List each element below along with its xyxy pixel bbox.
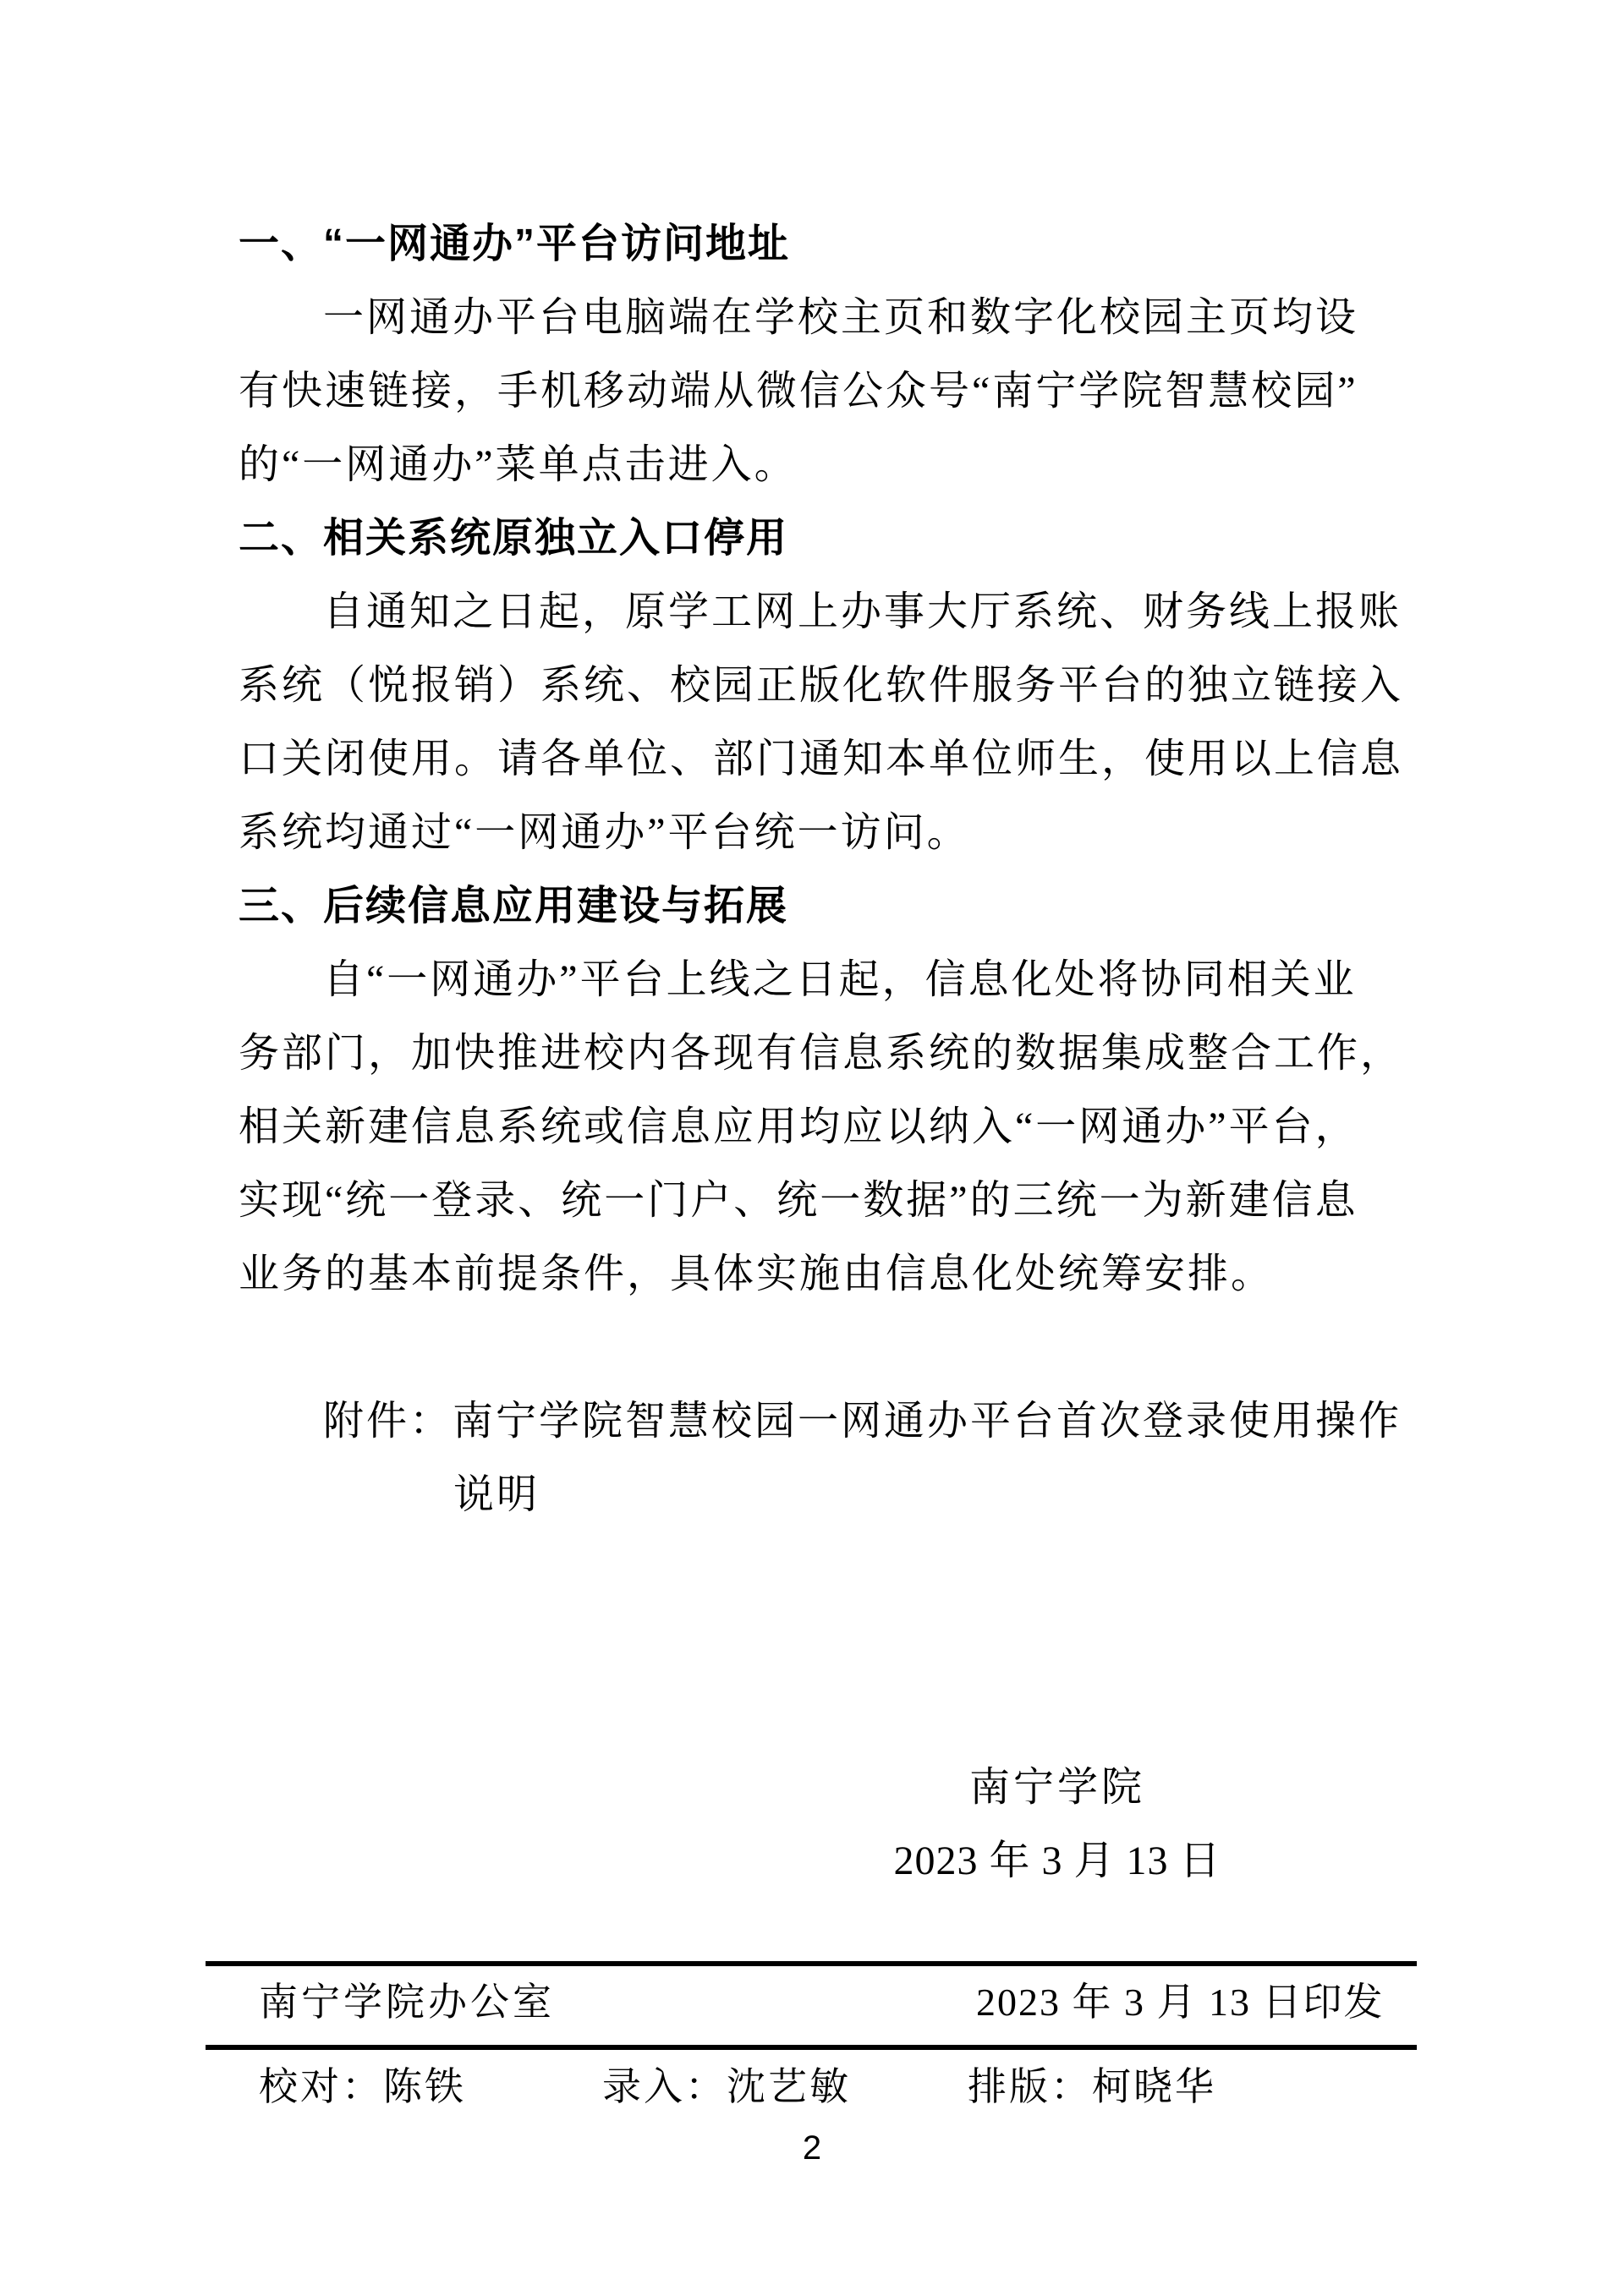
document-body: 一、“一网通办”平台访问地址 一网通办平台电脑端在学校主页和数字化校园主页均设 … xyxy=(239,207,1406,1532)
section-3-line-1: 自“一网通办”平台上线之日起，信息化处将协同相关业 xyxy=(239,943,1406,1016)
section-2-line-1: 自通知之日起，原学工网上办事大厅系统、财务线上报账 xyxy=(239,575,1406,649)
section-3-line-4: 实现“统一登录、统一门户、统一数据”的三统一为新建信息 xyxy=(239,1164,1406,1237)
section-1-line-3: 的“一网通办”菜单点击进入。 xyxy=(239,428,1406,501)
section-1-heading: 一、“一网通办”平台访问地址 xyxy=(239,207,1406,281)
footer-office-name: 南宁学院办公室 xyxy=(259,1975,555,2030)
section-2-heading: 二、相关系统原独立入口停用 xyxy=(239,501,1406,575)
section-2-line-4: 系统均通过“一网通办”平台统一访问。 xyxy=(239,796,1406,869)
attachment-line-2: 说明 xyxy=(239,1458,1406,1532)
section-1-line-1: 一网通办平台电脑端在学校主页和数字化校园主页均设 xyxy=(239,281,1406,354)
footer-entry-credit: 录入：沈艺敏 xyxy=(602,2060,851,2114)
footer-divider-top xyxy=(206,1961,1417,1966)
footer-credits-row: 校对：陈铁 录入：沈艺敏 排版：柯晓华 xyxy=(0,2060,1624,2114)
signature-date: 2023 年 3 月 13 日 xyxy=(804,1824,1311,1898)
footer-typeset-credit: 排版：柯晓华 xyxy=(968,2060,1216,2114)
footer-issuing-row: 南宁学院办公室 2023 年 3 月 13 日印发 xyxy=(0,1975,1624,2030)
section-3-line-5: 业务的基本前提条件，具体实施由信息化处统筹安排。 xyxy=(239,1237,1406,1311)
section-2-line-3: 口关闭使用。请各单位、部门通知本单位师生，使用以上信息 xyxy=(239,722,1406,796)
section-1-line-2: 有快速链接，手机移动端从微信公众号“南宁学院智慧校园” xyxy=(239,354,1406,428)
section-3-line-2: 务部门，加快推进校内各现有信息系统的数据集成整合工作， xyxy=(239,1016,1406,1090)
section-3-line-3: 相关新建信息系统或信息应用均应以纳入“一网通办”平台， xyxy=(239,1090,1406,1164)
section-3-heading: 三、后续信息应用建设与拓展 xyxy=(239,869,1406,943)
page-number: 2 xyxy=(0,2124,1624,2172)
signature-block: 南宁学院 2023 年 3 月 13 日 xyxy=(804,1751,1311,1898)
document-page: 一、“一网通办”平台访问地址 一网通办平台电脑端在学校主页和数字化校园主页均设 … xyxy=(0,0,1624,2296)
footer-print-date: 2023 年 3 月 13 日印发 xyxy=(976,1975,1385,2030)
signature-organization: 南宁学院 xyxy=(804,1751,1311,1824)
blank-line xyxy=(239,1311,1406,1384)
footer-divider-bottom xyxy=(206,2045,1417,2050)
attachment-line-1: 附件：南宁学院智慧校园一网通办平台首次登录使用操作 xyxy=(239,1384,1406,1458)
footer-proofread-credit: 校对：陈铁 xyxy=(259,2060,466,2114)
section-2-line-2: 系统（悦报销）系统、校园正版化软件服务平台的独立链接入 xyxy=(239,649,1406,722)
